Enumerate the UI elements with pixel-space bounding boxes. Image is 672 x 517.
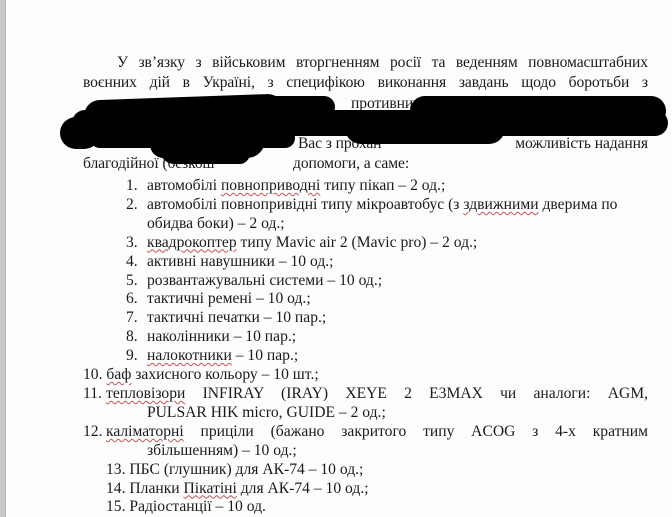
spellcheck-flag: баф [106, 366, 131, 383]
item-text: наколінники – 10 пар.; [147, 328, 648, 347]
spellcheck-flag: Пікатіні [184, 480, 237, 497]
item-number: 13. [106, 461, 126, 478]
item-text: тактичні ремені – 10 од.; [147, 290, 648, 309]
item-text: Радіостанції – 10 од. [129, 498, 266, 515]
item-number: 15. [106, 498, 126, 515]
item-number: 2. [126, 196, 138, 215]
spellcheck-flag: налокотники [147, 347, 232, 364]
item-text: активні навушники – 10 од.; [147, 253, 648, 272]
item-text: квадрокоптер типу Mavic air 2 (Mavic pro… [147, 234, 648, 253]
item-number: 5. [126, 272, 138, 291]
spellcheck-flag: квадрокоптер [147, 234, 237, 251]
item-number: 4. [126, 253, 138, 272]
list-item: 4. активні навушники – 10 од.; [83, 253, 648, 272]
list-item: 1. автомобілі повноприводні типу пікап –… [83, 177, 648, 196]
list-item: 12. каліматорні приціли (бажано закритог… [83, 423, 648, 461]
spellcheck-flag: здвижними [463, 196, 538, 213]
list-item: 5. розвантажувальні системи – 10 од.; [83, 272, 648, 291]
item-number: 8. [126, 328, 138, 347]
spellcheck-flag: тепловізори [106, 385, 185, 402]
item-text: тактичні печатки – 10 пар.; [147, 309, 648, 328]
item-text: налокотники – 10 пар.; [147, 347, 648, 366]
redaction-mark [160, 150, 250, 164]
list-item: 13. ПБС (глушник) для АК-74 – 10 од.; [83, 461, 648, 480]
intro-line-1: У зв’язку з військовим вторгненням росії… [83, 53, 648, 73]
item-number: 10. [83, 366, 103, 383]
document-page: У зв’язку з військовим вторгненням росії… [0, 0, 672, 517]
list-item: 15. Радіостанції – 10 од. [83, 498, 648, 517]
redaction-mark [345, 128, 505, 144]
spellcheck-flag: каліматорні [106, 423, 184, 440]
item-text: автомобілі повноприводні типу пікап – 2 … [147, 177, 648, 196]
item-number: 6. [126, 290, 138, 309]
list-item: 9. налокотники – 10 пар.; [83, 347, 648, 366]
requested-items-list: 1. автомобілі повноприводні типу пікап –… [83, 177, 648, 517]
item-text-continuation: PULSAR HIK micro, GUIDE – 2 од.; [147, 404, 648, 423]
list-item: 11. тепловізори INFIRAY (IRAY) XEYE 2 E3… [83, 385, 648, 423]
item-text: ПБС (глушник) для АК-74 – 10 од.; [129, 461, 363, 478]
item-number: 1. [126, 177, 138, 196]
list-item: 14. Планки Пікатіні для АК-74 – 10 од.; [83, 480, 648, 499]
item-number: 12. [83, 423, 103, 442]
item-number: 14. [106, 480, 126, 497]
intro-fragment-possibility: можливість надання [515, 134, 648, 154]
spellcheck-flag: повноприводні [221, 177, 320, 194]
item-number: 3. [126, 234, 138, 253]
item-text: тепловізори INFIRAY (IRAY) XEYE 2 E3MAX … [106, 385, 648, 404]
item-text: каліматорні приціли (бажано закритого ти… [106, 423, 648, 442]
list-item: 2. автомобілі повнопривідні типу мікроав… [83, 196, 648, 234]
item-text: розвантажувальні системи – 10 од.; [147, 272, 648, 291]
item-text: Планки Пікатіні для АК-74 – 10 од.; [129, 480, 368, 497]
list-item: 8. наколінники – 10 пар.; [83, 328, 648, 347]
item-number: 7. [126, 309, 138, 328]
item-text-continuation: збільшенням) – 10 од.; [147, 442, 648, 461]
list-item: 7. тактичні печатки – 10 пар.; [83, 309, 648, 328]
list-item: 3. квадрокоптер типу Mavic air 2 (Mavic … [83, 234, 648, 253]
item-number: 9. [126, 347, 138, 366]
item-number: 11. [83, 385, 102, 404]
intro-line-2: воєнних дій в Україні, з специфікою вико… [83, 73, 648, 93]
item-text: автомобілі повнопривідні типу мікроавтоб… [147, 196, 648, 234]
redaction-mark [230, 128, 260, 146]
intro-fragment-help: допомоги, а саме: [293, 154, 409, 174]
list-item: 6. тактичні ремені – 10 од.; [83, 290, 648, 309]
list-item: 10. баф захисного кольору – 10 шт.; [83, 366, 648, 385]
